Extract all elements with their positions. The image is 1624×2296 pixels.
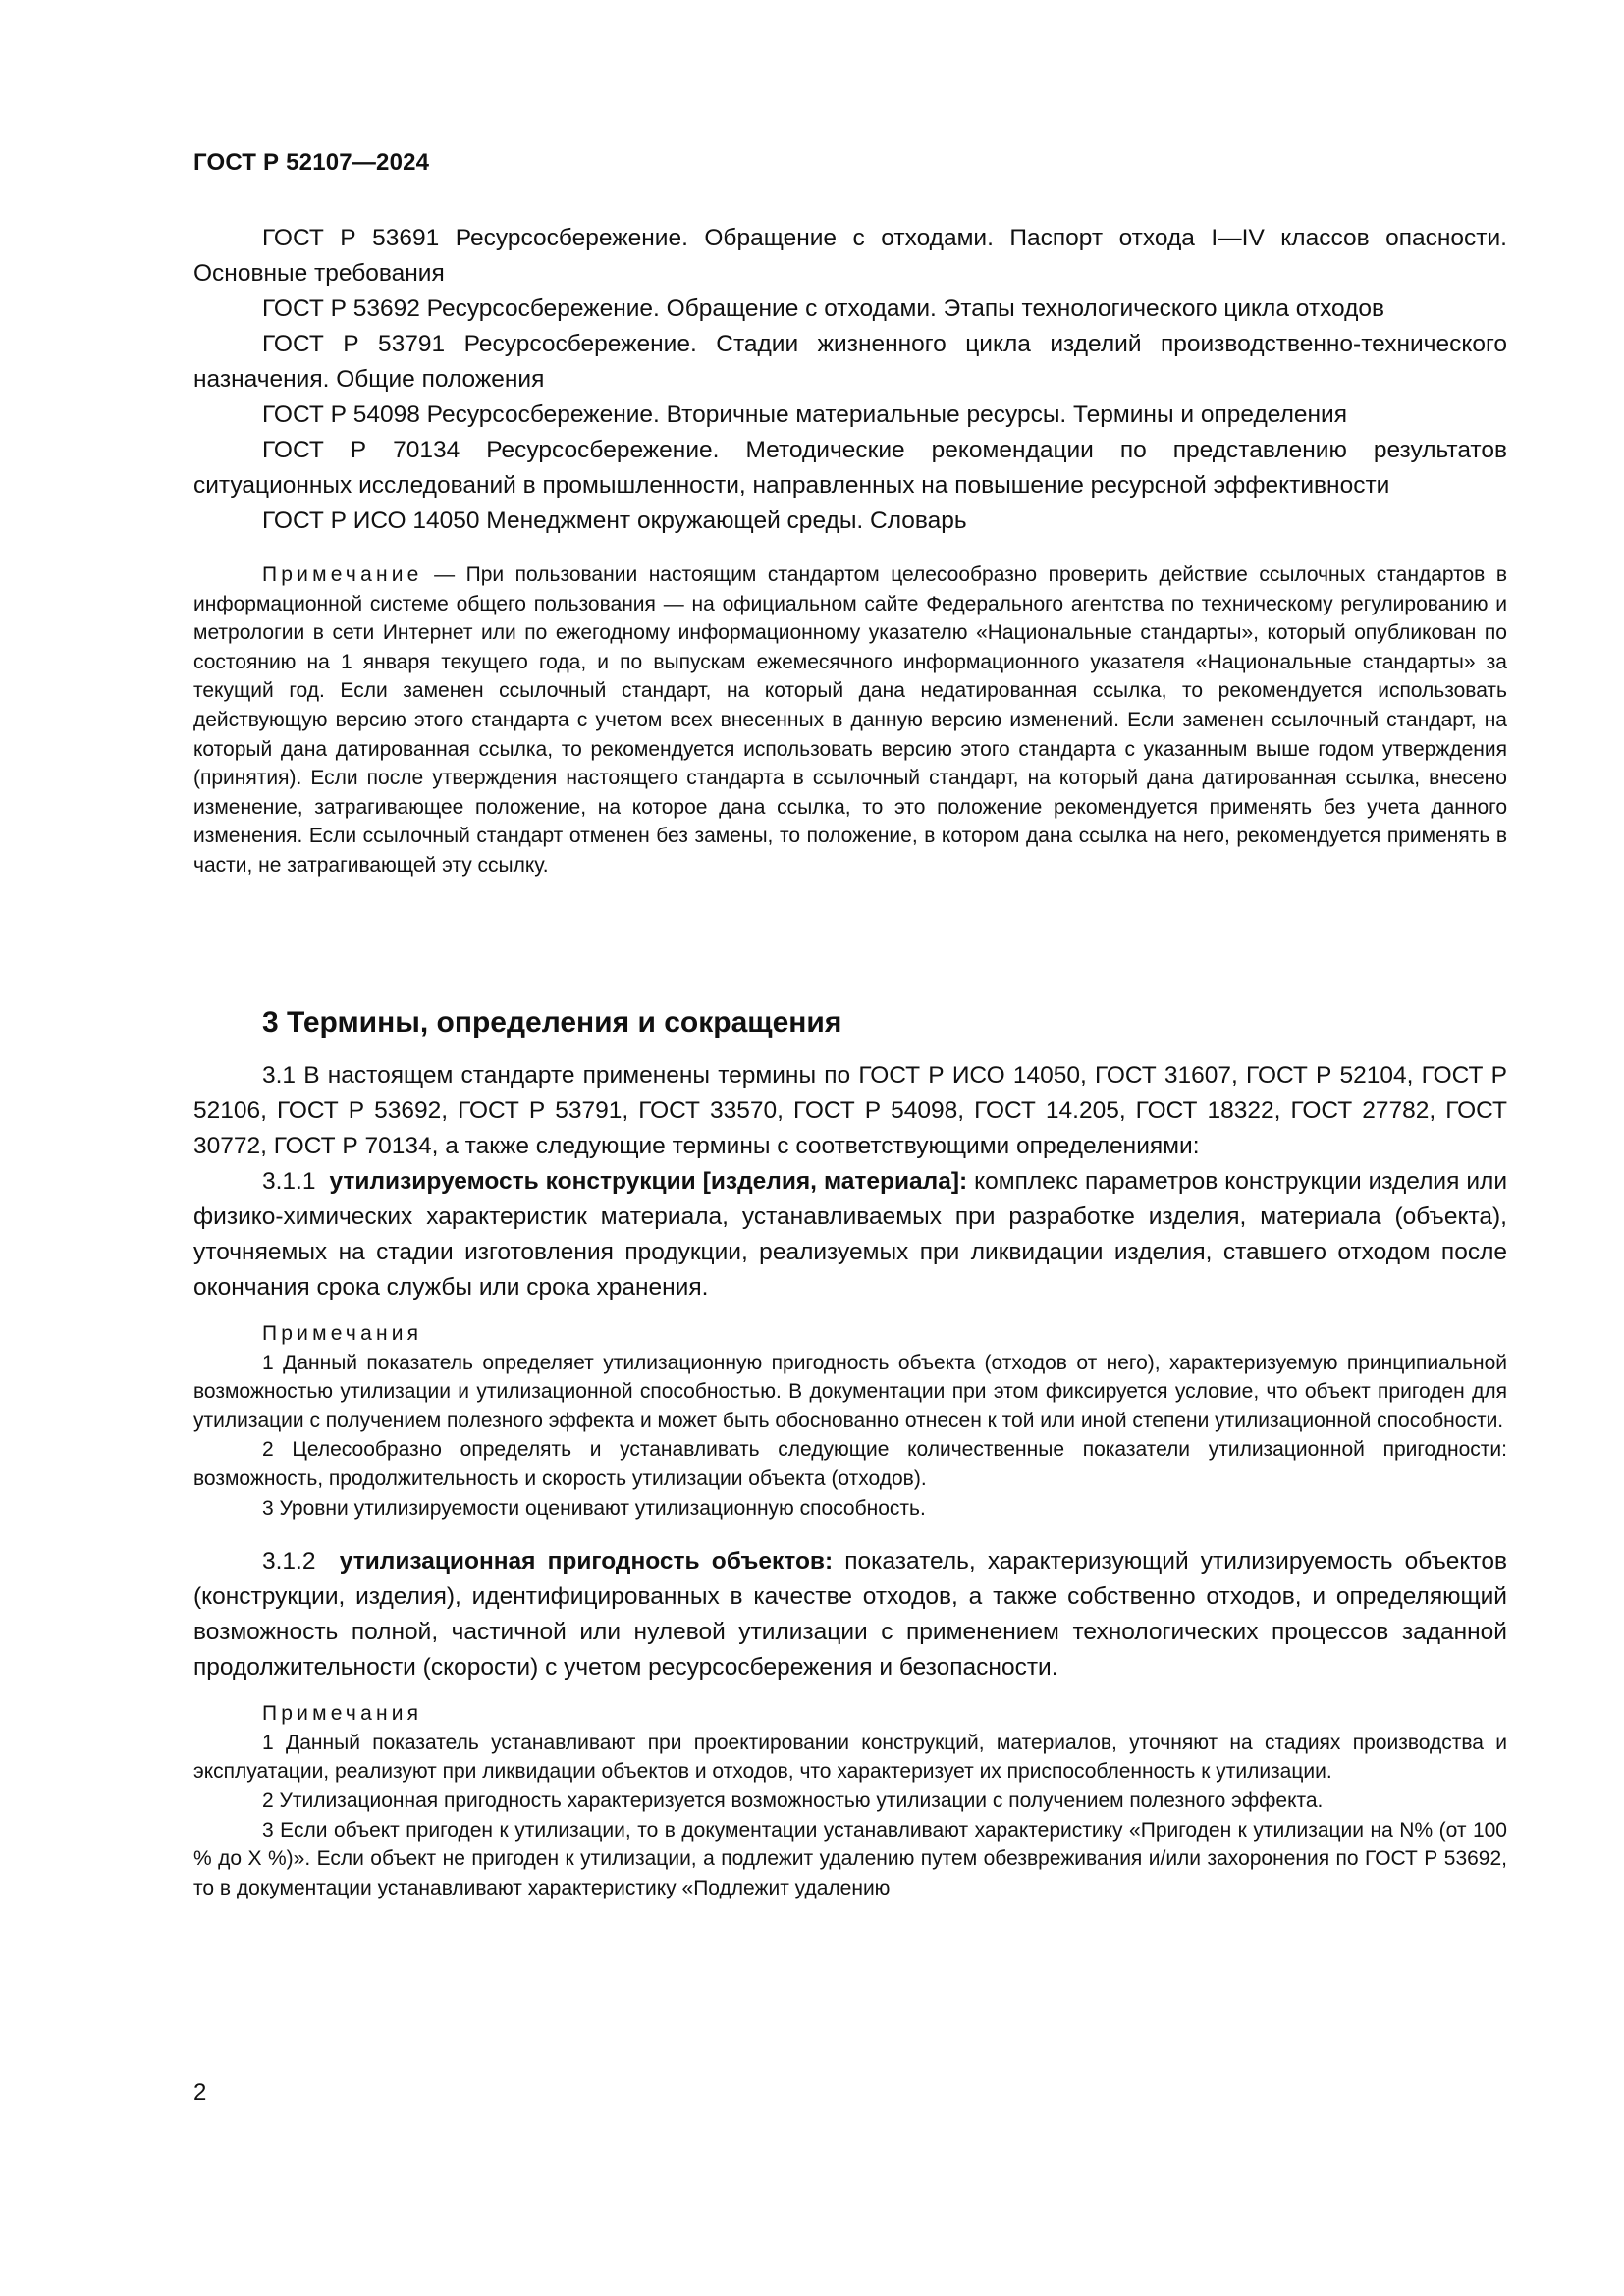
term-number: 3.1.2 xyxy=(262,1548,316,1575)
page-number: 2 xyxy=(193,2079,206,2107)
reference-item: ГОСТ Р ИСО 14050 Менеджмент окружающей с… xyxy=(193,504,1507,539)
reference-item: ГОСТ Р 70134 Ресурсосбережение. Методиче… xyxy=(193,433,1507,504)
reference-item: ГОСТ Р 54098 Ресурсосбережение. Вторичны… xyxy=(193,398,1507,433)
normative-references: ГОСТ Р 53691 Ресурсосбережение. Обращени… xyxy=(193,221,1507,881)
section-intro: 3.1 В настоящем стандарте применены терм… xyxy=(193,1058,1507,1164)
reference-item: ГОСТ Р 53791 Ресурсосбережение. Стадии ж… xyxy=(193,327,1507,398)
term-definition: 3.1.2 утилизационная пригодность объекто… xyxy=(193,1544,1507,1685)
document-id-header: ГОСТ Р 52107—2024 xyxy=(193,149,429,177)
section-title: 3 Термины, определения и сокращения xyxy=(193,1001,1507,1044)
note-text: — При пользовании настоящим стандартом ц… xyxy=(193,563,1507,877)
note-item: 2 Утилизационная пригодность характеризу… xyxy=(193,1787,1507,1816)
notes-heading: Примечания xyxy=(193,1319,1507,1349)
term-name: утилизируемость конструкции [изделия, ма… xyxy=(329,1168,967,1195)
note-label: Примечание xyxy=(262,563,423,586)
note-item: 3 Уровни утилизируемости оценивают утили… xyxy=(193,1494,1507,1523)
note-item: 1 Данный показатель определяет утилизаци… xyxy=(193,1349,1507,1436)
notes-heading: Примечания xyxy=(193,1699,1507,1729)
term-name: утилизационная пригодность объектов: xyxy=(340,1548,833,1575)
reference-note: Примечание — При пользовании настоящим с… xyxy=(193,561,1507,881)
term-definition: 3.1.1 утилизируемость конструкции [издел… xyxy=(193,1164,1507,1306)
section-3: 3 Термины, определения и сокращения 3.1 … xyxy=(193,1001,1507,1902)
note-item: 2 Целесообразно определять и устанавлива… xyxy=(193,1435,1507,1493)
reference-item: ГОСТ Р 53692 Ресурсосбережение. Обращени… xyxy=(193,292,1507,327)
note-item: 3 Если объект пригоден к утилизации, то … xyxy=(193,1816,1507,1903)
term-number: 3.1.1 xyxy=(262,1168,316,1195)
reference-item: ГОСТ Р 53691 Ресурсосбережение. Обращени… xyxy=(193,221,1507,292)
note-item: 1 Данный показатель устанавливают при пр… xyxy=(193,1729,1507,1787)
